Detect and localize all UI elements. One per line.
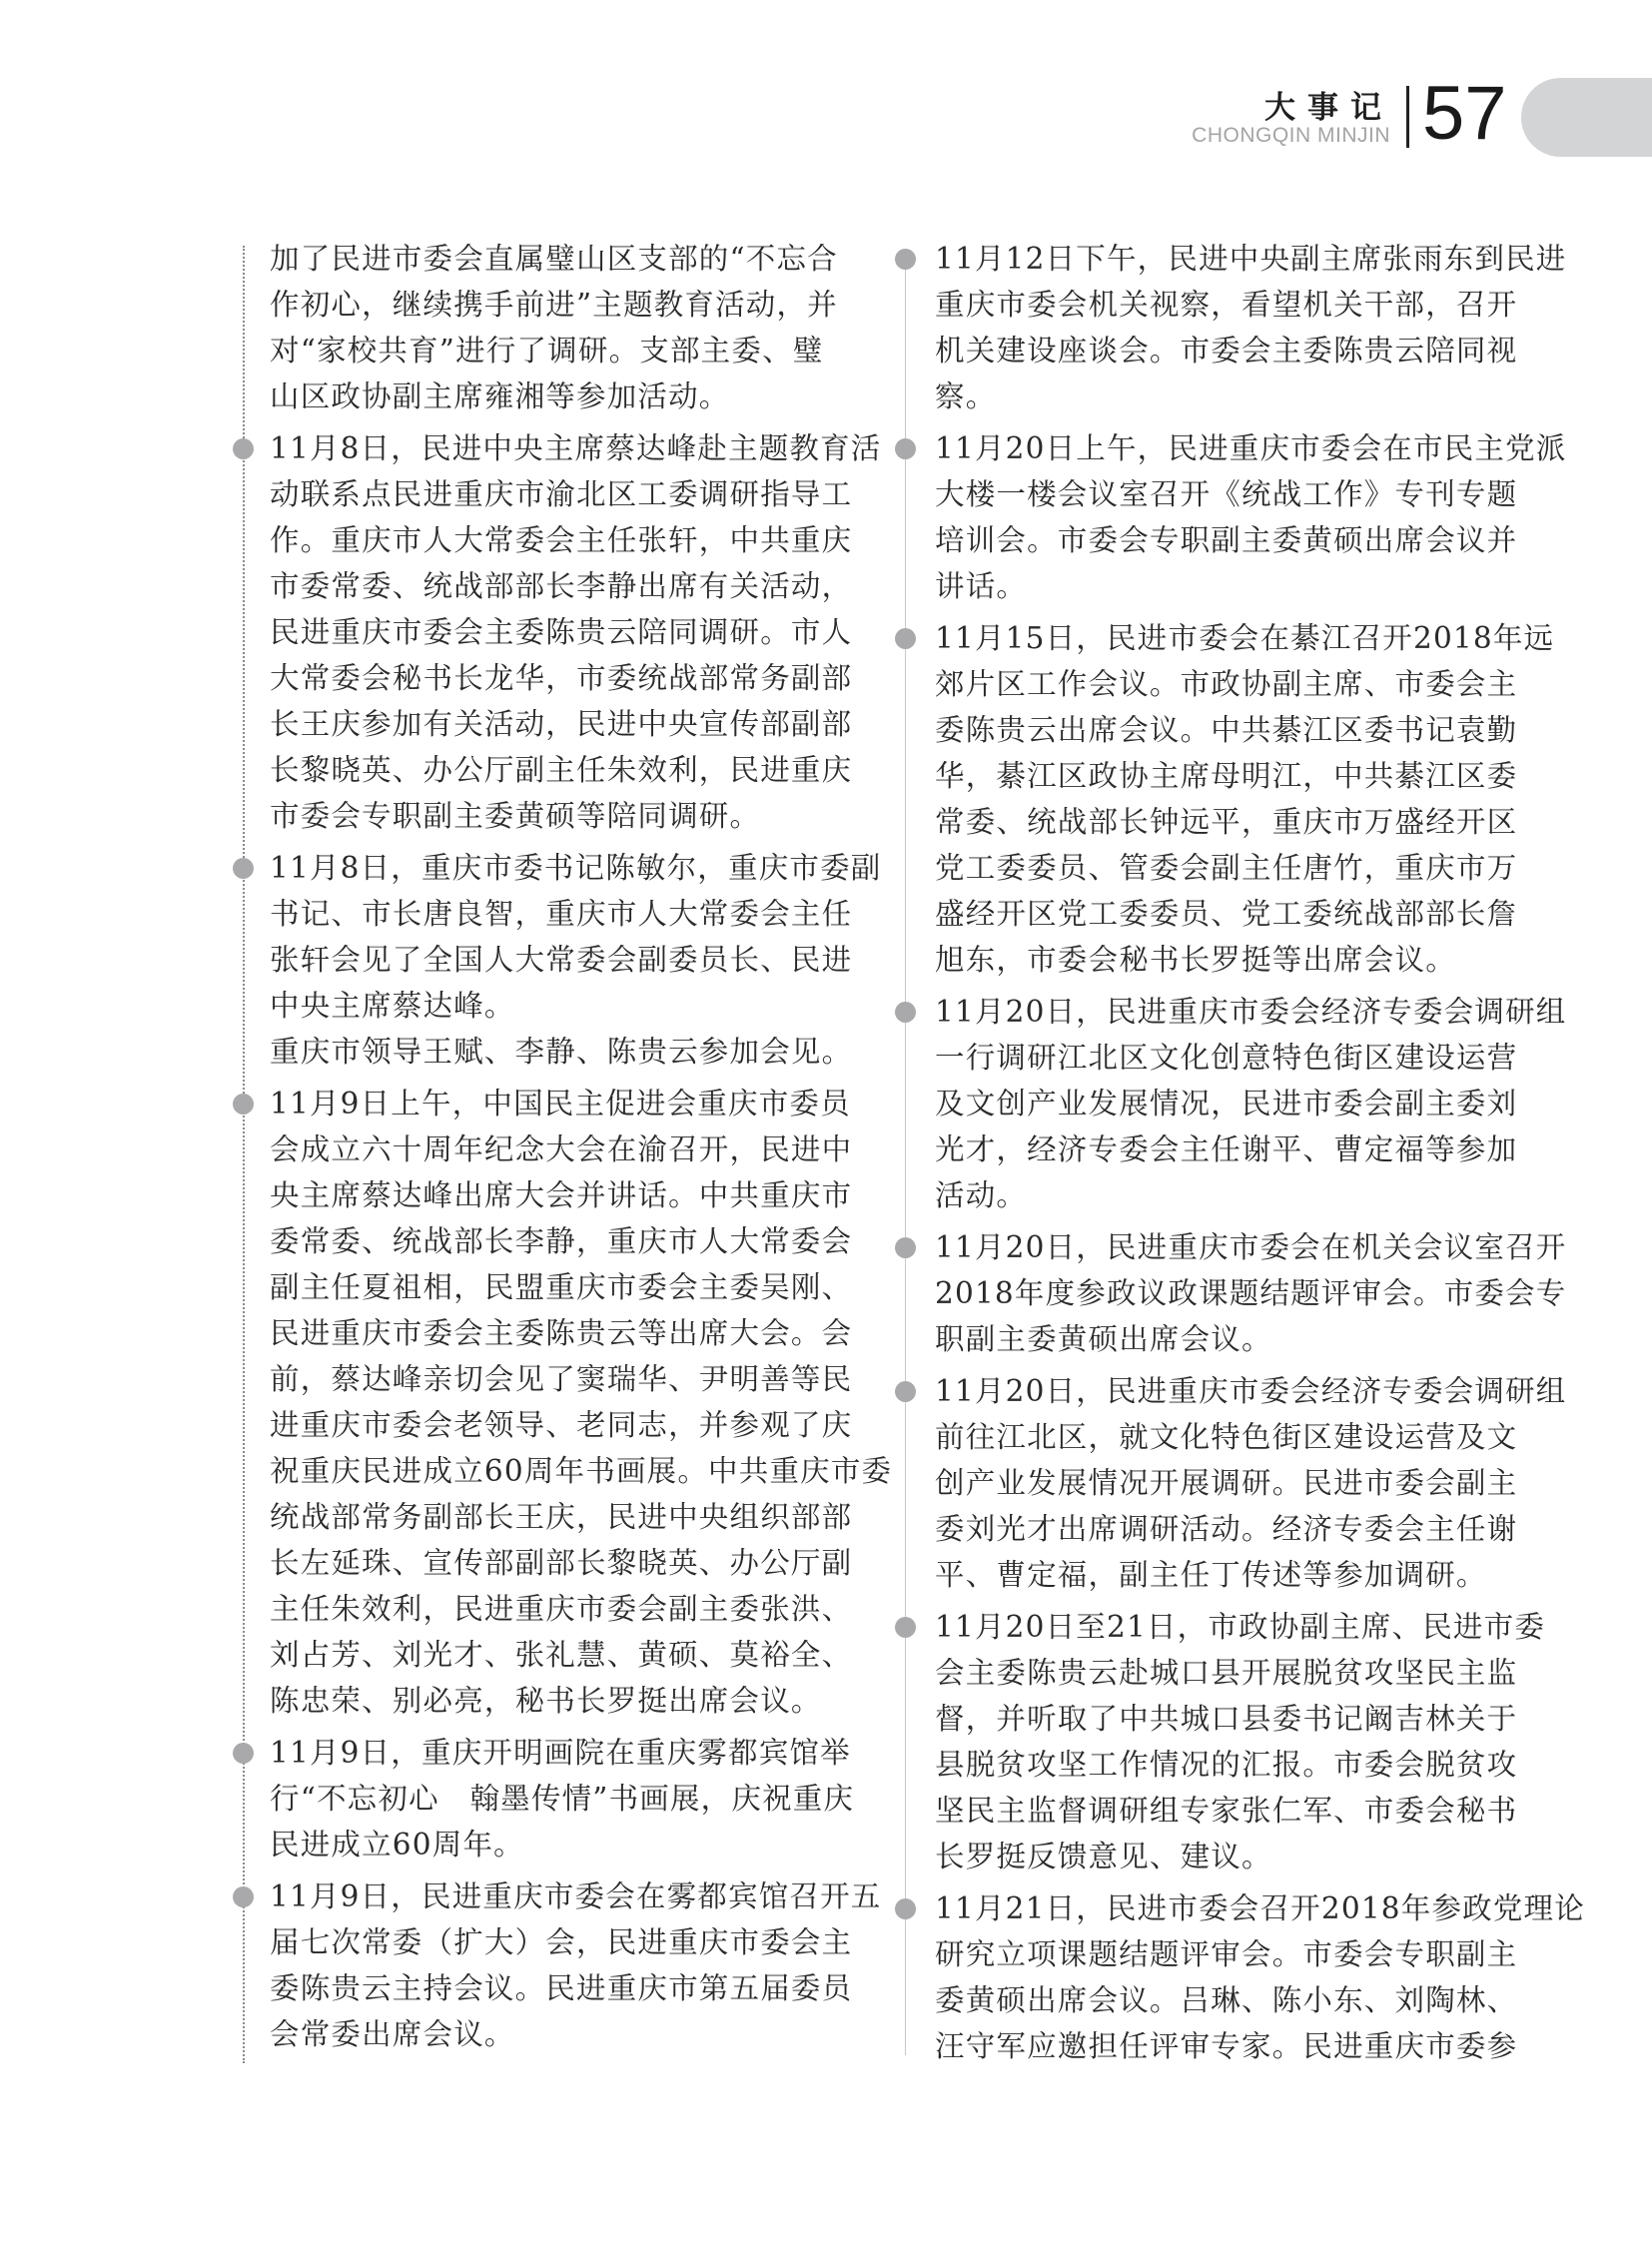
- entry-text-line: 届七次常委（扩大）会，民进重庆市委会主: [230, 1919, 829, 1965]
- entry-text-line: 机关建设座谈会。市委会主委陈贵云陪同视: [892, 328, 1511, 373]
- timeline-bullet-icon: [233, 1094, 254, 1115]
- timeline-bullet-icon: [233, 1743, 254, 1764]
- entry-text-line: 创产业发展情况开展调研。民进市委会副主: [892, 1460, 1511, 1506]
- entry-text-line: 重庆市委会机关视察，看望机关干部，召开: [892, 282, 1511, 328]
- timeline-entry: 11月9日上午，中国民主促进会重庆市委员会成立六十周年纪念大会在渝召开，民进中央…: [230, 1081, 829, 1724]
- timeline-entry: 11月8日，民进中央主席蔡达峰赴主题教育活动联系点民进重庆市渝北区工委调研指导工…: [230, 425, 829, 839]
- entry-text-line: 委陈贵云出席会议。中共綦江区委书记袁勤: [892, 707, 1511, 753]
- timeline-bullet-icon: [895, 438, 916, 459]
- entry-text-line: 前往江北区，就文化特色街区建设运营及文: [892, 1414, 1511, 1460]
- timeline-bullet-icon: [895, 249, 916, 270]
- entry-text-line: 光才，经济专委会主任谢平、曹定福等参加: [892, 1126, 1511, 1172]
- timeline-bullet-icon: [895, 1002, 916, 1023]
- entry-text-line: 11月8日，重庆市委书记陈敏尔，重庆市委副: [230, 845, 829, 891]
- entry-text-line: 委陈贵云主持会议。民进重庆市第五届委员: [230, 1965, 829, 2011]
- entry-text-line: 活动。: [892, 1172, 1511, 1218]
- entry-text-line: 作初心，继续携手前进”主题教育活动，并: [230, 282, 829, 328]
- timeline-entry: 11月20日，民进重庆市委会经济专委会调研组一行调研江北区文化创意特色街区建设运…: [892, 989, 1511, 1218]
- entry-text-line: 市委常委、统战部部长李静出席有关活动，: [230, 563, 829, 609]
- timeline-entry: 11月21日，民进市委会召开2018年参政党理论研究立项课题结题评审会。市委会专…: [892, 1885, 1511, 2069]
- entry-text-line: 统战部常务副部长王庆，民进中央组织部部: [230, 1494, 829, 1540]
- left-column: 加了民进市委会直属璧山区支部的“不忘合作初心，继续携手前进”主题教育活动，并对“…: [230, 236, 829, 2063]
- entry-text-line: 一行调研江北区文化创意特色街区建设运营: [892, 1035, 1511, 1081]
- entry-text-line: 前，蔡达峰亲切会见了窦瑞华、尹明善等民: [230, 1356, 829, 1402]
- entry-text-line: 11月20日上午，民进重庆市委会在市民主党派: [892, 425, 1511, 471]
- entry-text-line: 研究立项课题结题评审会。市委会专职副主: [892, 1931, 1511, 1977]
- entry-text-line: 及文创产业发展情况，民进市委会副主委刘: [892, 1081, 1511, 1126]
- entry-text-line: 会成立六十周年纪念大会在渝召开，民进中: [230, 1126, 829, 1172]
- entry-text-line: 长黎晓英、办公厅副主任朱效利，民进重庆: [230, 747, 829, 793]
- entry-text-line: 华，綦江区政协主席母明江，中共綦江区委: [892, 753, 1511, 799]
- entry-text-line: 长罗挺反馈意见、建议。: [892, 1834, 1511, 1879]
- entry-text-line: 11月8日，民进中央主席蔡达峰赴主题教育活: [230, 425, 829, 471]
- timeline-entry: 11月9日，民进重庆市委会在雾都宾馆召开五届七次常委（扩大）会，民进重庆市委会主…: [230, 1873, 829, 2057]
- timeline-entry: 11月8日，重庆市委书记陈敏尔，重庆市委副书记、市长唐良智，重庆市人大常委会主任…: [230, 845, 829, 1075]
- entry-text-line: 大楼一楼会议室召开《统战工作》专刊专题: [892, 471, 1511, 517]
- entry-text-line: 11月15日，民进市委会在綦江召开2018年远: [892, 615, 1511, 661]
- timeline-entry: 11月20日，民进重庆市委会经济专委会调研组前往江北区，就文化特色街区建设运营及…: [892, 1368, 1511, 1598]
- timeline-bullet-icon: [895, 628, 916, 649]
- entry-text-line: 察。: [892, 373, 1511, 419]
- timeline-bullet-icon: [233, 858, 254, 879]
- entry-text-line: 县脱贫攻坚工作情况的汇报。市委会脱贫攻: [892, 1742, 1511, 1788]
- entry-text-line: 委常委、统战部长李静，重庆市人大常委会: [230, 1218, 829, 1264]
- entry-text-line: 11月9日，重庆开明画院在重庆雾都宾馆举: [230, 1730, 829, 1776]
- entry-text-line: 党工委委员、管委会副主任唐竹，重庆市万: [892, 845, 1511, 891]
- timeline-entry: 11月20日至21日，市政协副主席、民进市委会主委陈贵云赴城口县开展脱贫攻坚民主…: [892, 1604, 1511, 1879]
- entry-text-line: 民进重庆市委会主委陈贵云陪同调研。市人: [230, 609, 829, 655]
- entry-text-line: 作。重庆市人大常委会主任张轩，中共重庆: [230, 517, 829, 563]
- page-header: 大事记 CHONGQIN MINJIN 57: [0, 0, 1652, 200]
- entry-text-line: 加了民进市委会直属璧山区支部的“不忘合: [230, 236, 829, 282]
- entry-text-line: 11月9日上午，中国民主促进会重庆市委员: [230, 1081, 829, 1126]
- entry-text-line: 11月21日，民进市委会召开2018年参政党理论: [892, 1885, 1511, 1931]
- timeline-entry: 11月20日，民进重庆市委会在机关会议室召开2018年度参政议政课题结题评审会。…: [892, 1224, 1511, 1362]
- page-tab-decoration: [1521, 78, 1652, 157]
- entry-text-line: 民进重庆市委会主委陈贵云等出席大会。会: [230, 1310, 829, 1356]
- entry-text-line: 11月20日至21日，市政协副主席、民进市委: [892, 1604, 1511, 1650]
- entry-text-line: 行“不忘初心 翰墨传情”书画展，庆祝重庆: [230, 1776, 829, 1822]
- timeline-bullet-icon: [895, 1381, 916, 1402]
- timeline-entry: 加了民进市委会直属璧山区支部的“不忘合作初心，继续携手前进”主题教育活动，并对“…: [230, 236, 829, 419]
- entry-text-line: 委刘光才出席调研活动。经济专委会主任谢: [892, 1506, 1511, 1552]
- entry-text-line: 会常委出席会议。: [230, 2011, 829, 2057]
- entry-text-line: 对“家校共育”进行了调研。支部主委、璧: [230, 328, 829, 373]
- timeline-bullet-icon: [895, 1898, 916, 1919]
- timeline-entry: 11月15日，民进市委会在綦江召开2018年远郊片区工作会议。市政协副主席、市委…: [892, 615, 1511, 983]
- entry-text-line: 郊片区工作会议。市政协副主席、市委会主: [892, 661, 1511, 707]
- entry-text-line: 11月12日下午，民进中央副主席张雨东到民进: [892, 236, 1511, 282]
- entry-text-line: 培训会。市委会专职副主委黄硕出席会议并: [892, 517, 1511, 563]
- entry-text-line: 11月20日，民进重庆市委会经济专委会调研组: [892, 989, 1511, 1035]
- entry-text-line: 祝重庆民进成立60周年书画展。中共重庆市委: [230, 1448, 829, 1494]
- entry-text-line: 11月20日，民进重庆市委会在机关会议室召开: [892, 1224, 1511, 1270]
- entry-text-line: 11月20日，民进重庆市委会经济专委会调研组: [892, 1368, 1511, 1414]
- entry-text-line: 坚民主监督调研组专家张仁军、市委会秘书: [892, 1788, 1511, 1834]
- entry-text-line: 讲话。: [892, 563, 1511, 609]
- entry-text-line: 汪守军应邀担任评审专家。民进重庆市委参: [892, 2023, 1511, 2069]
- section-title: 大事记: [1248, 82, 1393, 127]
- entry-text-line: 书记、市长唐良智，重庆市人大常委会主任: [230, 891, 829, 937]
- entry-text-line: 2018年度参政议政课题结题评审会。市委会专: [892, 1270, 1511, 1316]
- entry-text-line: 陈忠荣、别必亮，秘书长罗挺出席会议。: [230, 1678, 829, 1724]
- entry-text-line: 11月9日，民进重庆市委会在雾都宾馆召开五: [230, 1873, 829, 1919]
- entry-text-line: 旭东，市委会秘书长罗挺等出席会议。: [892, 937, 1511, 983]
- entry-text-line: 张轩会见了全国人大常委会副委员长、民进: [230, 937, 829, 983]
- section-subtitle: CHONGQIN MINJIN: [1159, 124, 1390, 148]
- timeline-bullet-icon: [233, 438, 254, 459]
- timeline-entry: 11月20日上午，民进重庆市委会在市民主党派大楼一楼会议室召开《统战工作》专刊专…: [892, 425, 1511, 609]
- entry-text-line: 主任朱效利，民进重庆市委会副主委张洪、: [230, 1586, 829, 1632]
- entry-text-line: 盛经开区党工委委员、党工委统战部部长詹: [892, 891, 1511, 937]
- entry-text-line: 动联系点民进重庆市渝北区工委调研指导工: [230, 471, 829, 517]
- entry-text-line: 常委、统战部长钟远平，重庆市万盛经开区: [892, 799, 1511, 845]
- entry-text-line: 中央主席蔡达峰。: [230, 983, 829, 1029]
- page-number: 57: [1422, 76, 1507, 152]
- right-column: 11月12日下午，民进中央副主席张雨东到民进重庆市委会机关视察，看望机关干部，召…: [892, 236, 1511, 2075]
- entry-text-line: 山区政协副主席雍湘等参加活动。: [230, 373, 829, 419]
- entry-text-line: 督，并听取了中共城口县委书记阚吉林关于: [892, 1696, 1511, 1742]
- entry-text-line: 平、曹定福，副主任丁传述等参加调研。: [892, 1552, 1511, 1598]
- timeline-entry: 11月12日下午，民进中央副主席张雨东到民进重庆市委会机关视察，看望机关干部，召…: [892, 236, 1511, 419]
- entry-text-line: 委黄硕出席会议。吕琳、陈小东、刘陶林、: [892, 1977, 1511, 2023]
- entry-text-line: 刘占芳、刘光才、张礼慧、黄硕、莫裕全、: [230, 1632, 829, 1678]
- entry-text-line: 会主委陈贵云赴城口县开展脱贫攻坚民主监: [892, 1650, 1511, 1696]
- timeline-bullet-icon: [895, 1237, 916, 1258]
- entry-text-line: 民进成立60周年。: [230, 1822, 829, 1867]
- entry-text-line: 副主任夏祖相，民盟重庆市委会主委吴刚、: [230, 1264, 829, 1310]
- entry-text-line: 进重庆市委会老领导、老同志，并参观了庆: [230, 1402, 829, 1448]
- timeline-entry: 11月9日，重庆开明画院在重庆雾都宾馆举行“不忘初心 翰墨传情”书画展，庆祝重庆…: [230, 1730, 829, 1867]
- entry-text-line: 大常委会秘书长龙华，市委统战部常务副部: [230, 655, 829, 701]
- entry-text-line: 央主席蔡达峰出席大会并讲话。中共重庆市: [230, 1172, 829, 1218]
- timeline-bullet-icon: [895, 1617, 916, 1638]
- entry-text-line: 长左延珠、宣传部副部长黎晓英、办公厅副: [230, 1540, 829, 1586]
- header-divider: [1406, 86, 1409, 148]
- entry-text-line: 长王庆参加有关活动，民进中央宣传部副部: [230, 701, 829, 747]
- timeline-bullet-icon: [233, 1886, 254, 1907]
- entry-text-line: 市委会专职副主委黄硕等陪同调研。: [230, 793, 829, 839]
- entry-text-line: 重庆市领导王赋、李静、陈贵云参加会见。: [230, 1029, 829, 1075]
- entry-text-line: 职副主委黄硕出席会议。: [892, 1316, 1511, 1362]
